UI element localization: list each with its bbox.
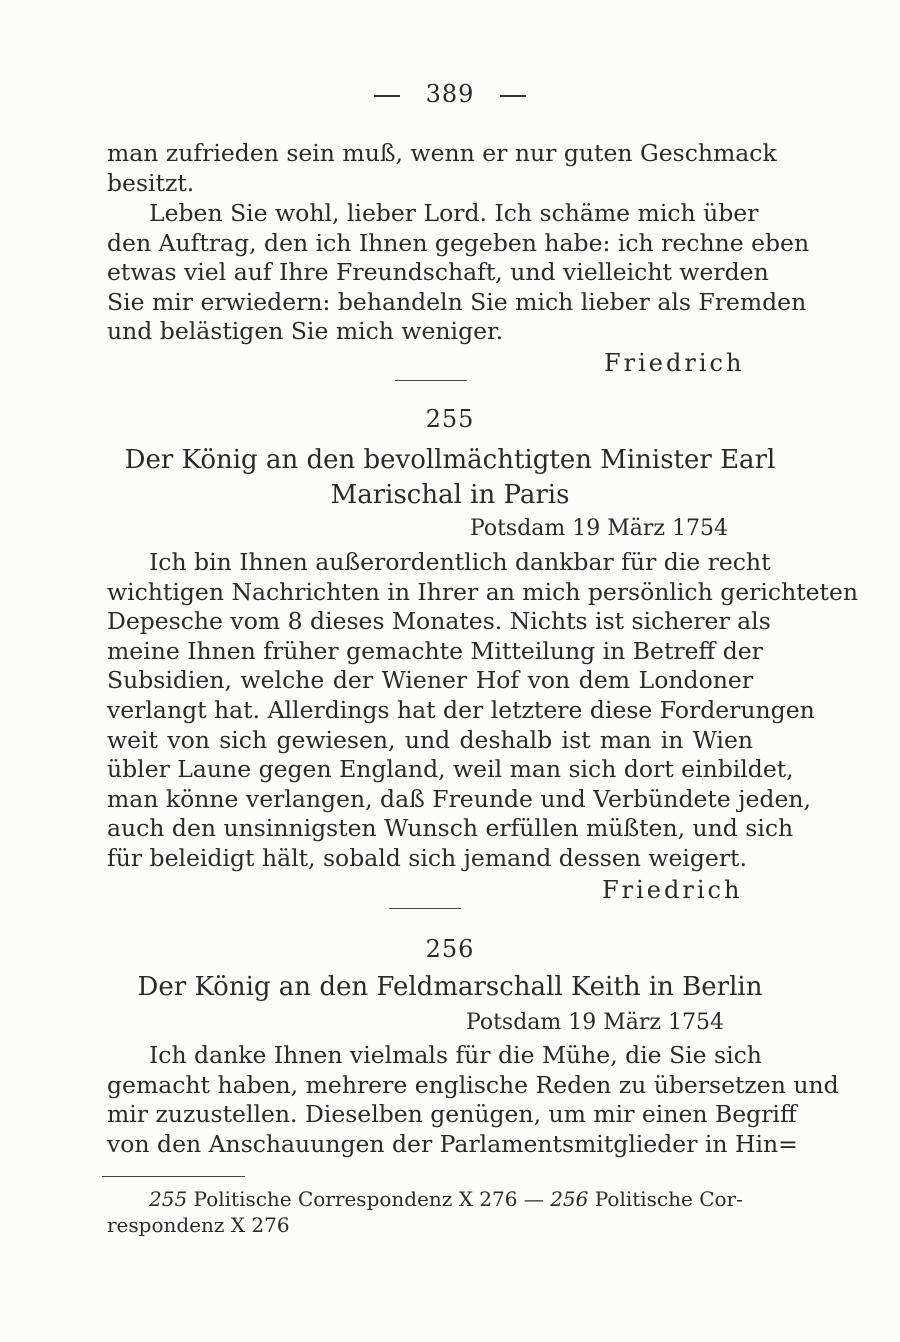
letter-title: Der König an den Feldmarschall Keith in … — [107, 970, 793, 1005]
title-line: Marischal in Paris — [107, 478, 793, 513]
text-line: mir zuzustellen. Dieselben genügen, um m… — [107, 1100, 753, 1130]
footnote-line: respondenz X 276 — [107, 1212, 757, 1238]
header-dash-right — [500, 95, 526, 97]
text-line: den Auftrag, den ich Ihnen gegeben habe:… — [107, 229, 753, 259]
title-line: Der König an den bevollmächtigten Minist… — [107, 443, 793, 478]
letter-title: Der König an den bevollmächtigten Minist… — [107, 443, 793, 513]
text-line: meine Ihnen früher gemachte Mitteilung i… — [107, 637, 753, 667]
footnotes: 255 Politische Correspondenz X 276 — 256… — [107, 1186, 757, 1238]
text-line: man zufrieden sein muß, wenn er nur gute… — [107, 139, 753, 169]
section-divider — [389, 908, 461, 909]
text-line: Subsidien, welche der Wiener Hof von dem… — [107, 666, 753, 696]
text-line: wichtigen Nachrichten in Ihrer an mich p… — [107, 578, 753, 608]
text-line: Leben Sie wohl, lieber Lord. Ich schäme … — [107, 199, 753, 229]
signature: Friedrich — [602, 876, 742, 904]
page-header: 389 — [0, 80, 900, 108]
text-line: von den Anschauungen der Parlamentsmitgl… — [107, 1130, 753, 1160]
letter-number: 255 — [0, 405, 900, 433]
title-line: Der König an den Feldmarschall Keith in … — [107, 970, 793, 1005]
continuation-text: man zufrieden sein muß, wenn er nur gute… — [107, 139, 753, 198]
footnote-text: respondenz X 276 — [107, 1213, 290, 1237]
text-line: Depesche vom 8 dieses Monates. Nichts is… — [107, 607, 753, 637]
letter-body: Ich bin Ihnen außerordentlich dankbar fü… — [107, 548, 753, 874]
header-dash-left — [374, 95, 400, 97]
footnote-text: Politische Cor- — [595, 1187, 743, 1211]
letter-body: Ich danke Ihnen vielmals für die Mühe, d… — [107, 1041, 753, 1159]
text-line: und belästigen Sie mich weniger. — [107, 317, 753, 347]
footnote-line: 255 Politische Correspondenz X 276 — 256… — [107, 1186, 757, 1212]
text-line: verlangt hat. Allerdings hat der letzter… — [107, 696, 753, 726]
page-number: 389 — [426, 80, 475, 108]
text-line: für beleidigt hält, sobald sich jemand d… — [107, 844, 753, 874]
book-page: 389 man zufrieden sein muß, wenn er nur … — [0, 0, 900, 1342]
signature: Friedrich — [604, 349, 744, 377]
text-line: Ich danke Ihnen vielmals für die Mühe, d… — [107, 1041, 753, 1071]
place-date: Potsdam 19 März 1754 — [470, 516, 728, 541]
text-line: Sie mir erwiedern: behandeln Sie mich li… — [107, 288, 753, 318]
text-line: übler Laune gegen England, weil man sich… — [107, 755, 753, 785]
text-line: besitzt. — [107, 169, 753, 199]
text-line: gemacht haben, mehrere englische Reden z… — [107, 1071, 753, 1101]
section-divider — [395, 380, 467, 381]
text-line: Ich bin Ihnen außerordentlich dankbar fü… — [107, 548, 753, 578]
text-line: weit von sich gewiesen, und deshalb ist … — [107, 726, 753, 756]
footnote-ref: 256 — [550, 1187, 588, 1211]
text-line: etwas viel auf Ihre Freundschaft, und vi… — [107, 258, 753, 288]
closing-paragraph: Leben Sie wohl, lieber Lord. Ich schäme … — [107, 199, 753, 347]
footnote-rule — [102, 1176, 245, 1177]
text-line: auch den unsinnigsten Wunsch erfüllen mü… — [107, 814, 753, 844]
letter-number: 256 — [0, 935, 900, 963]
footnote-ref: 255 — [149, 1187, 187, 1211]
place-date: Potsdam 19 März 1754 — [466, 1010, 724, 1035]
text-line: man könne verlangen, daß Freunde und Ver… — [107, 785, 753, 815]
footnote-text: Politische Correspondenz X 276 — — [194, 1187, 544, 1211]
